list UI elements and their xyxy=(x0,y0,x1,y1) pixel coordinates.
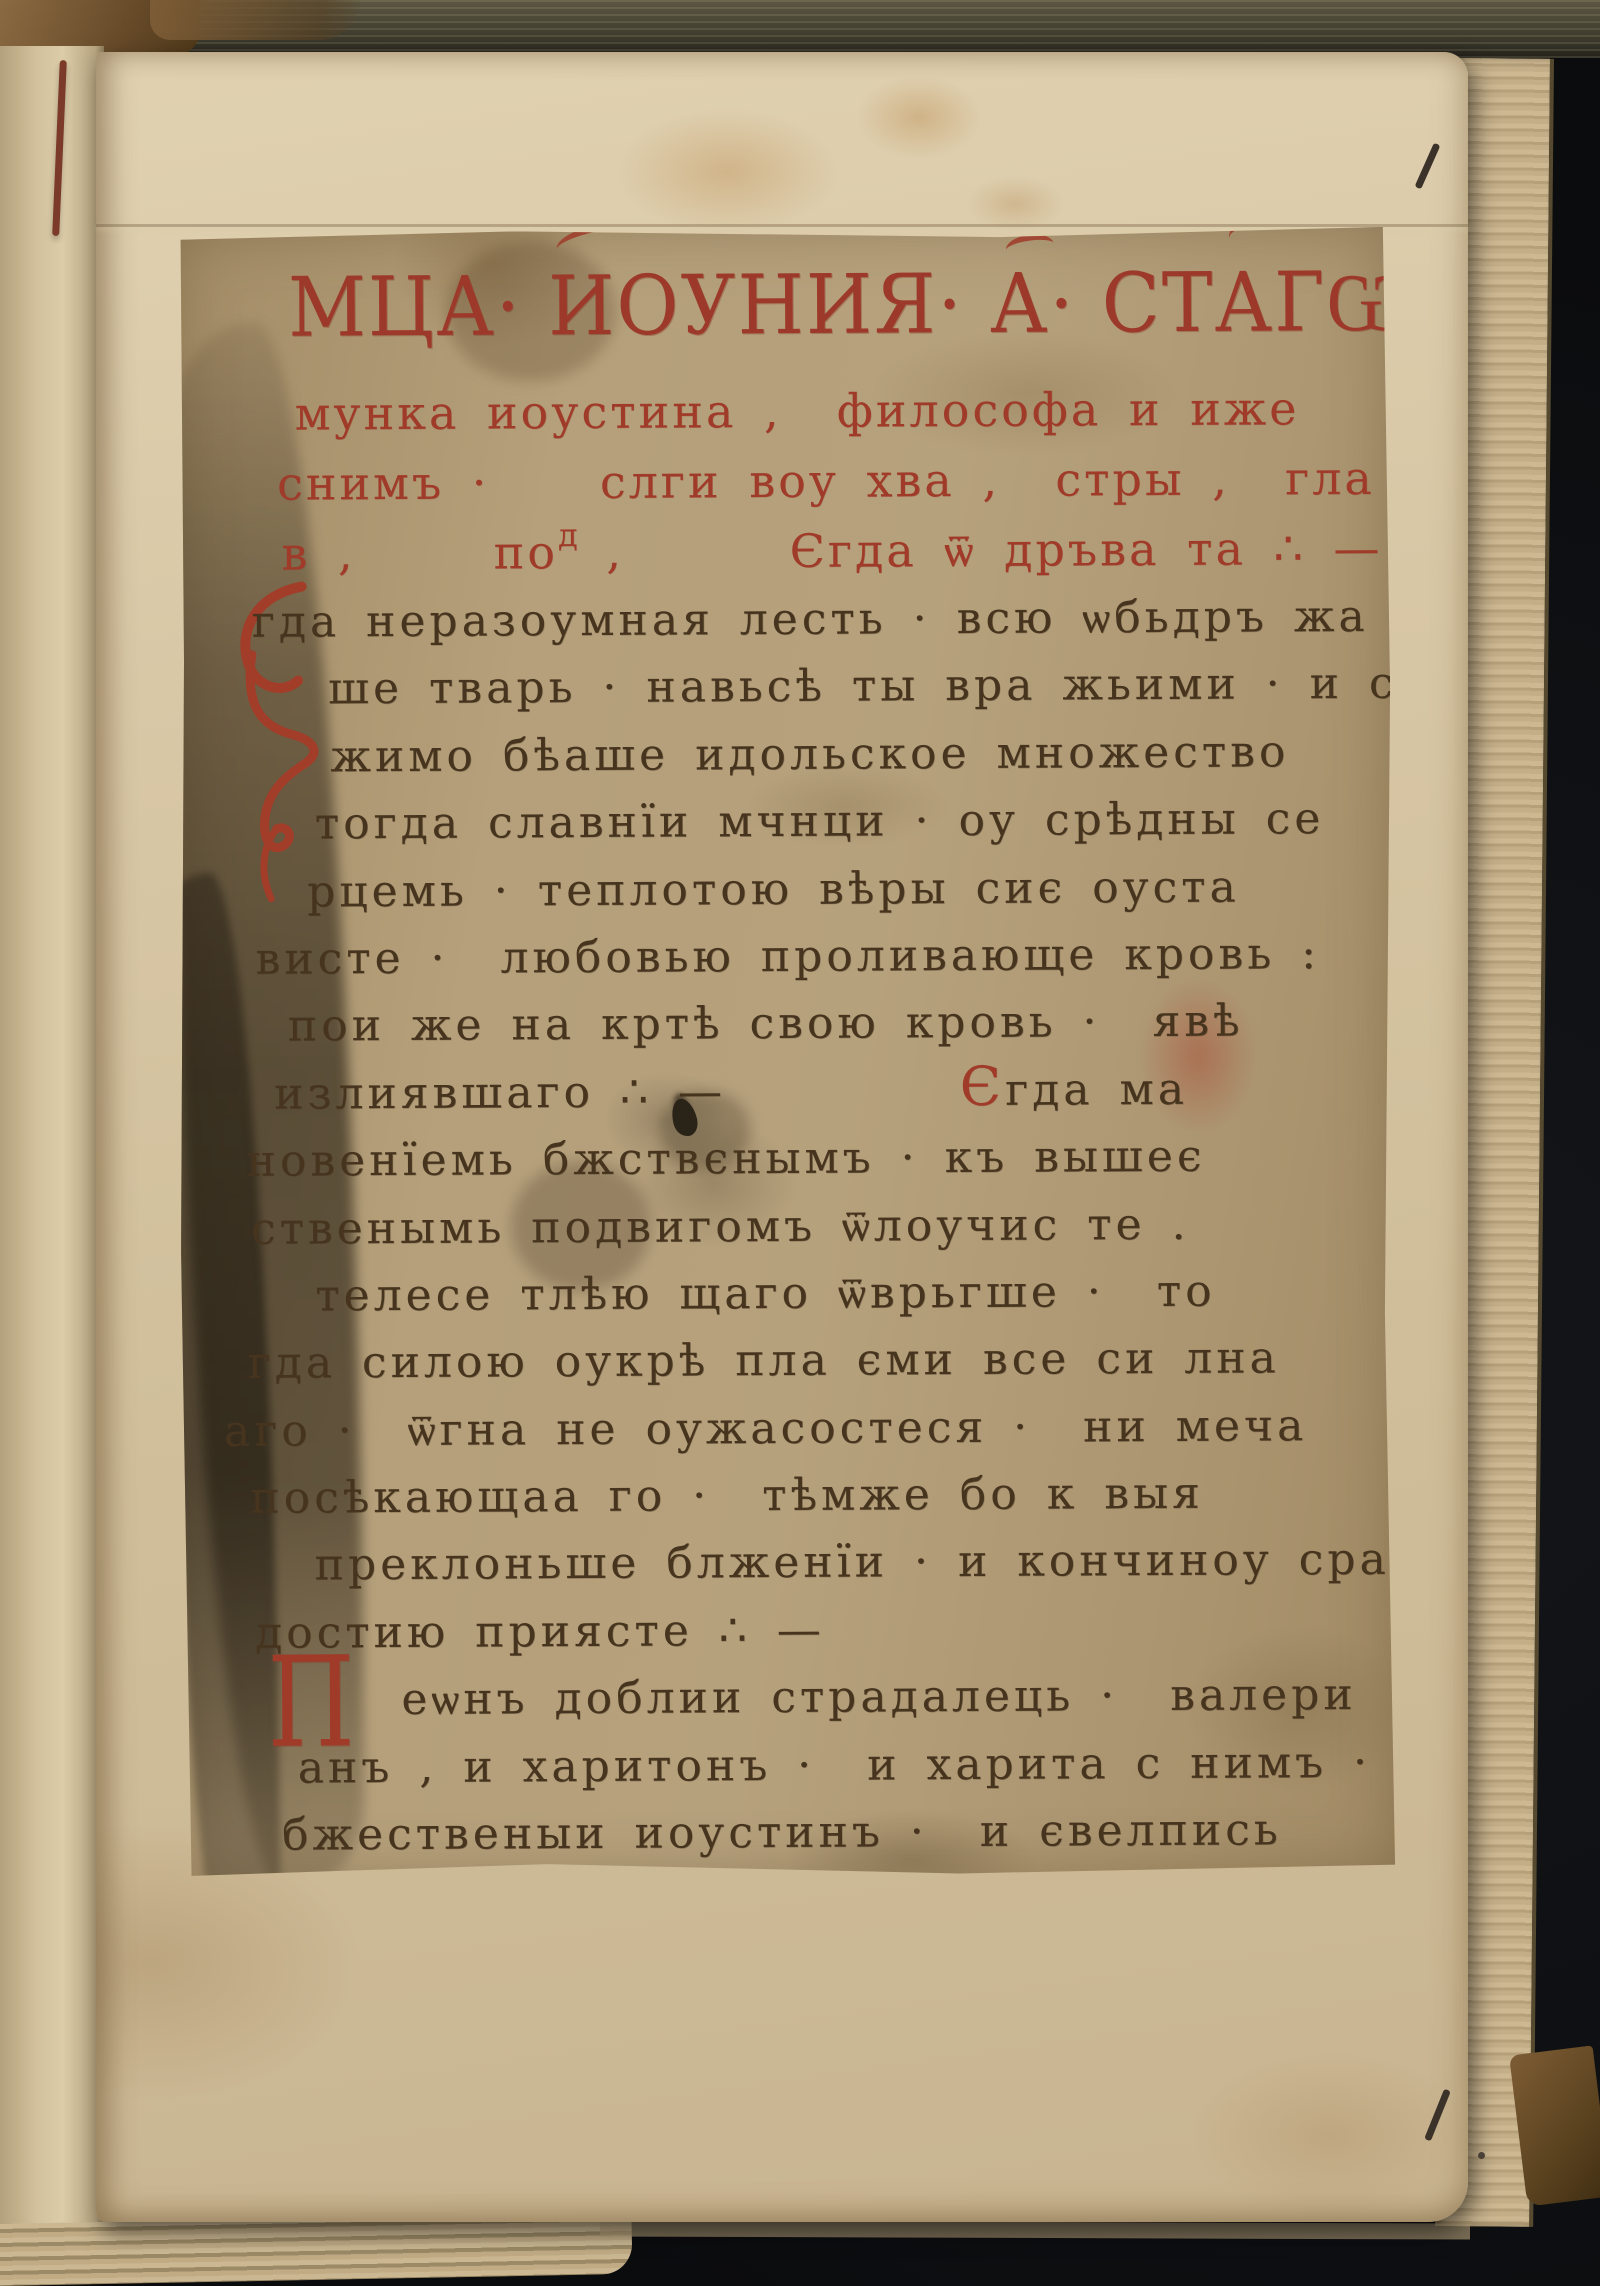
text-line: излиявшаго ∴ — Єгда ма xyxy=(274,1054,1438,1127)
text-line: посѣкающаа го · тѣмже бо к выя xyxy=(250,1459,1440,1533)
text-line: телесе тлѣю щаго ѿврьгше · то xyxy=(315,1256,1439,1329)
text-run: висте · любовью проливающе кровь : xyxy=(255,928,1320,985)
ink-dot xyxy=(1478,2152,1485,2159)
text-line: достию приясте ∴ — xyxy=(255,1593,1441,1667)
text-line: пои же на кртѣ свою кровь · явѣ xyxy=(288,987,1438,1060)
text-block: гда неразоумная лесть · всю ѡбьдръ жа ше… xyxy=(266,583,1443,1937)
text-run: пои же на кртѣ свою кровь · явѣ xyxy=(288,996,1244,1052)
rubric-line: мунка иоустина , философа и иже xyxy=(295,385,1300,436)
text-line: рцемь · теплотою вѣры сиє оуста xyxy=(307,852,1437,925)
rubric-run: в , по xyxy=(281,525,558,580)
rubric-run: , Єгда ѿ дръва та ∴ — xyxy=(579,521,1383,579)
text-run: гда ма xyxy=(1005,1064,1188,1116)
text-run: рцемь · теплотою вѣры сиє оуста xyxy=(307,861,1240,917)
text-line: новенїемь бжствєнымъ · къ вышеє xyxy=(246,1122,1438,1196)
text-run: посѣкающаа го · тѣмже бо к выя xyxy=(250,1468,1204,1524)
red-initial-run: Є xyxy=(960,1055,1006,1118)
text-line: жимо бѣаше идольское множество xyxy=(330,717,1436,790)
text-run: преклоньше блженїи · и кончиноу сра xyxy=(315,1534,1390,1591)
mounted-parchment-leaf: МЦА· ИОУНИЯ· А· СТАГѠ мунка иоустина , ф… xyxy=(176,227,1397,1879)
text-line: гда неразоумная лесть · всю ѡбьдръ жа xyxy=(252,583,1436,657)
text-line: еѡнъ доблии страдалець · валери xyxy=(401,1661,1441,1734)
text-line: ственымь подвигомъ ѿлоучис те . xyxy=(251,1189,1439,1263)
text-run: новенїемь бжствєнымъ · къ вышеє xyxy=(246,1131,1205,1187)
text-run: телесе тлѣю щаго ѿврьгше · то xyxy=(315,1266,1216,1322)
text-run: гда силою оукрѣ пла єми все си лна xyxy=(247,1333,1279,1389)
text-line: ше тварь · навьсѣ ты вра жьими · и сло xyxy=(328,650,1436,723)
text-line: анъ , и харитонъ · и харита с нимъ · и xyxy=(298,1728,1442,1801)
text-run: ше тварь · навьсѣ ты вра жьими · и сло xyxy=(328,658,1460,715)
text-run: анъ , и харитонъ · и харита с нимъ · и xyxy=(298,1736,1457,1793)
manuscript-photo: МЦА· ИОУНИЯ· А· СТАГѠ мунка иоустина , ф… xyxy=(0,0,1600,2286)
page-bottom-shadow-edge xyxy=(600,2220,1470,2239)
rubric-superscript: д xyxy=(558,516,579,554)
text-run: жимо бѣаше идольское множество xyxy=(330,726,1289,782)
text-run: гда неразоумная лесть · всю ѡбьдръ жа xyxy=(252,591,1369,648)
text-line: преклоньше блженїи · и кончиноу сра xyxy=(315,1526,1441,1599)
text-line: гда силою оукрѣ пла єми все си лна xyxy=(247,1324,1439,1398)
text-run: тогда славнїи мчнци · оу срѣдны се xyxy=(315,793,1325,849)
text-line: бжественыи иоустинъ · и євелпись xyxy=(282,1796,1442,1869)
text-run: достию приясте ∴ — xyxy=(255,1605,825,1659)
rubric-line: снимъ · слги воу хва , стры , гла xyxy=(277,455,1375,507)
text-run: бжественыи иоустинъ · и євелпись xyxy=(282,1804,1282,1860)
page-block-bottom-edge xyxy=(0,2212,633,2286)
binding-board-shadow xyxy=(150,0,360,40)
text-line: аго · ѿгна не оужасостеся · ни меча xyxy=(224,1391,1440,1465)
heading-title: МЦА· ИОУНИЯ· А· СТАГѠ xyxy=(288,261,1418,349)
page-fold-crease xyxy=(96,224,1468,227)
text-run: ственымь подвигомъ ѿлоучис те . xyxy=(251,1198,1190,1254)
text-run: излиявшаго ∴ — xyxy=(274,1065,960,1120)
text-line: тогда славнїи мчнци · оу срѣдны се xyxy=(315,785,1437,858)
gutter-page-edge xyxy=(0,46,104,2272)
text-run: аго · ѿгна не оужасостеся · ни меча xyxy=(224,1400,1308,1457)
text-run: еѡнъ доблии страдалець · валери xyxy=(401,1669,1357,1725)
rubric-line: в , под , Єгда ѿ дръва та ∴ — xyxy=(281,525,1382,577)
text-line: висте · любовью проливающе кровь : xyxy=(255,920,1437,994)
